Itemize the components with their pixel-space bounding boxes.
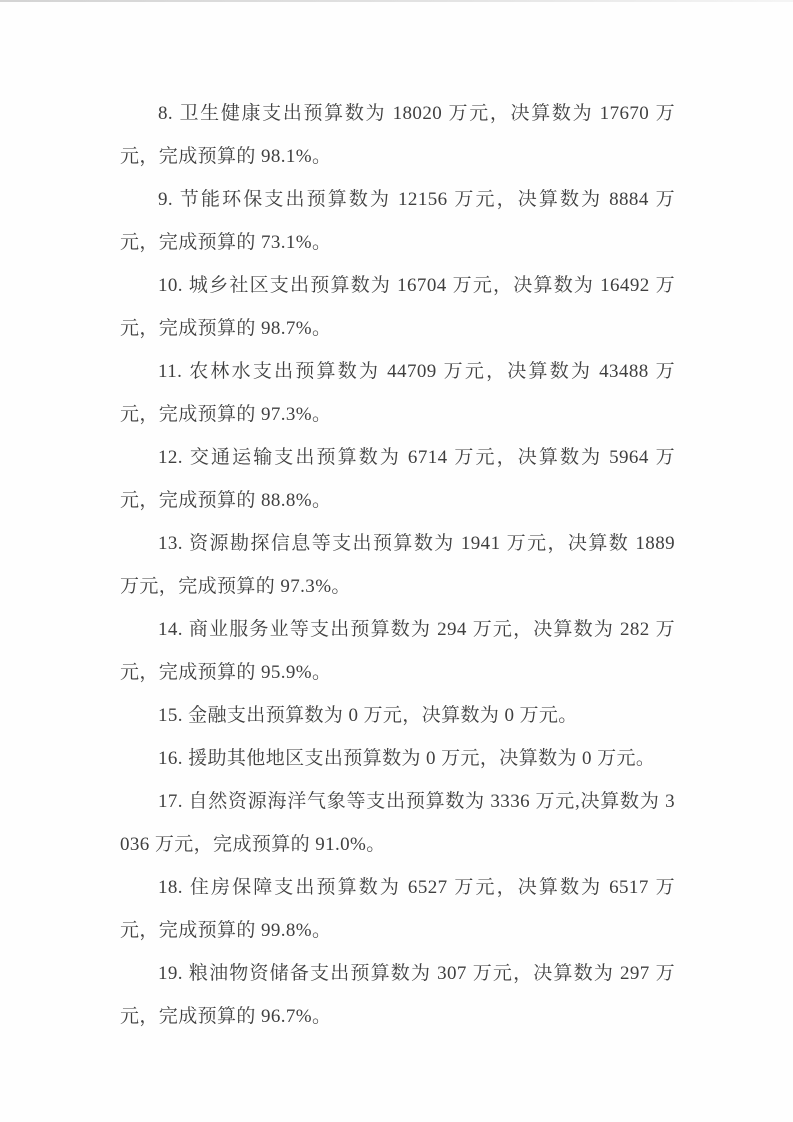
paragraph-item-14: 14. 商业服务业等支出预算数为 294 万元，决算数为 282 万元，完成预算… (120, 608, 675, 694)
paragraph-item-11: 11. 农林水支出预算数为 44709 万元，决算数为 43488 万元，完成预… (120, 350, 675, 436)
paragraph-item-8: 8. 卫生健康支出预算数为 18020 万元，决算数为 17670 万元，完成预… (120, 92, 675, 178)
paragraph-item-9: 9. 节能环保支出预算数为 12156 万元，决算数为 8884 万元，完成预算… (120, 178, 675, 264)
document-page: 8. 卫生健康支出预算数为 18020 万元，决算数为 17670 万元，完成预… (0, 0, 793, 1122)
paragraph-item-19: 19. 粮油物资储备支出预算数为 307 万元，决算数为 297 万元，完成预算… (120, 952, 675, 1038)
paragraph-item-10: 10. 城乡社区支出预算数为 16704 万元，决算数为 16492 万元，完成… (120, 264, 675, 350)
paragraph-item-17: 17. 自然资源海洋气象等支出预算数为 3336 万元,决算数为 3036 万元… (120, 780, 675, 866)
paragraph-item-13: 13. 资源勘探信息等支出预算数为 1941 万元，决算数 1889 万元，完成… (120, 522, 675, 608)
paragraph-item-16: 16. 援助其他地区支出预算数为 0 万元，决算数为 0 万元。 (120, 737, 675, 780)
paragraph-item-15: 15. 金融支出预算数为 0 万元，决算数为 0 万元。 (120, 694, 675, 737)
paragraph-item-18: 18. 住房保障支出预算数为 6527 万元，决算数为 6517 万元，完成预算… (120, 866, 675, 952)
paragraph-item-12: 12. 交通运输支出预算数为 6714 万元，决算数为 5964 万元，完成预算… (120, 436, 675, 522)
